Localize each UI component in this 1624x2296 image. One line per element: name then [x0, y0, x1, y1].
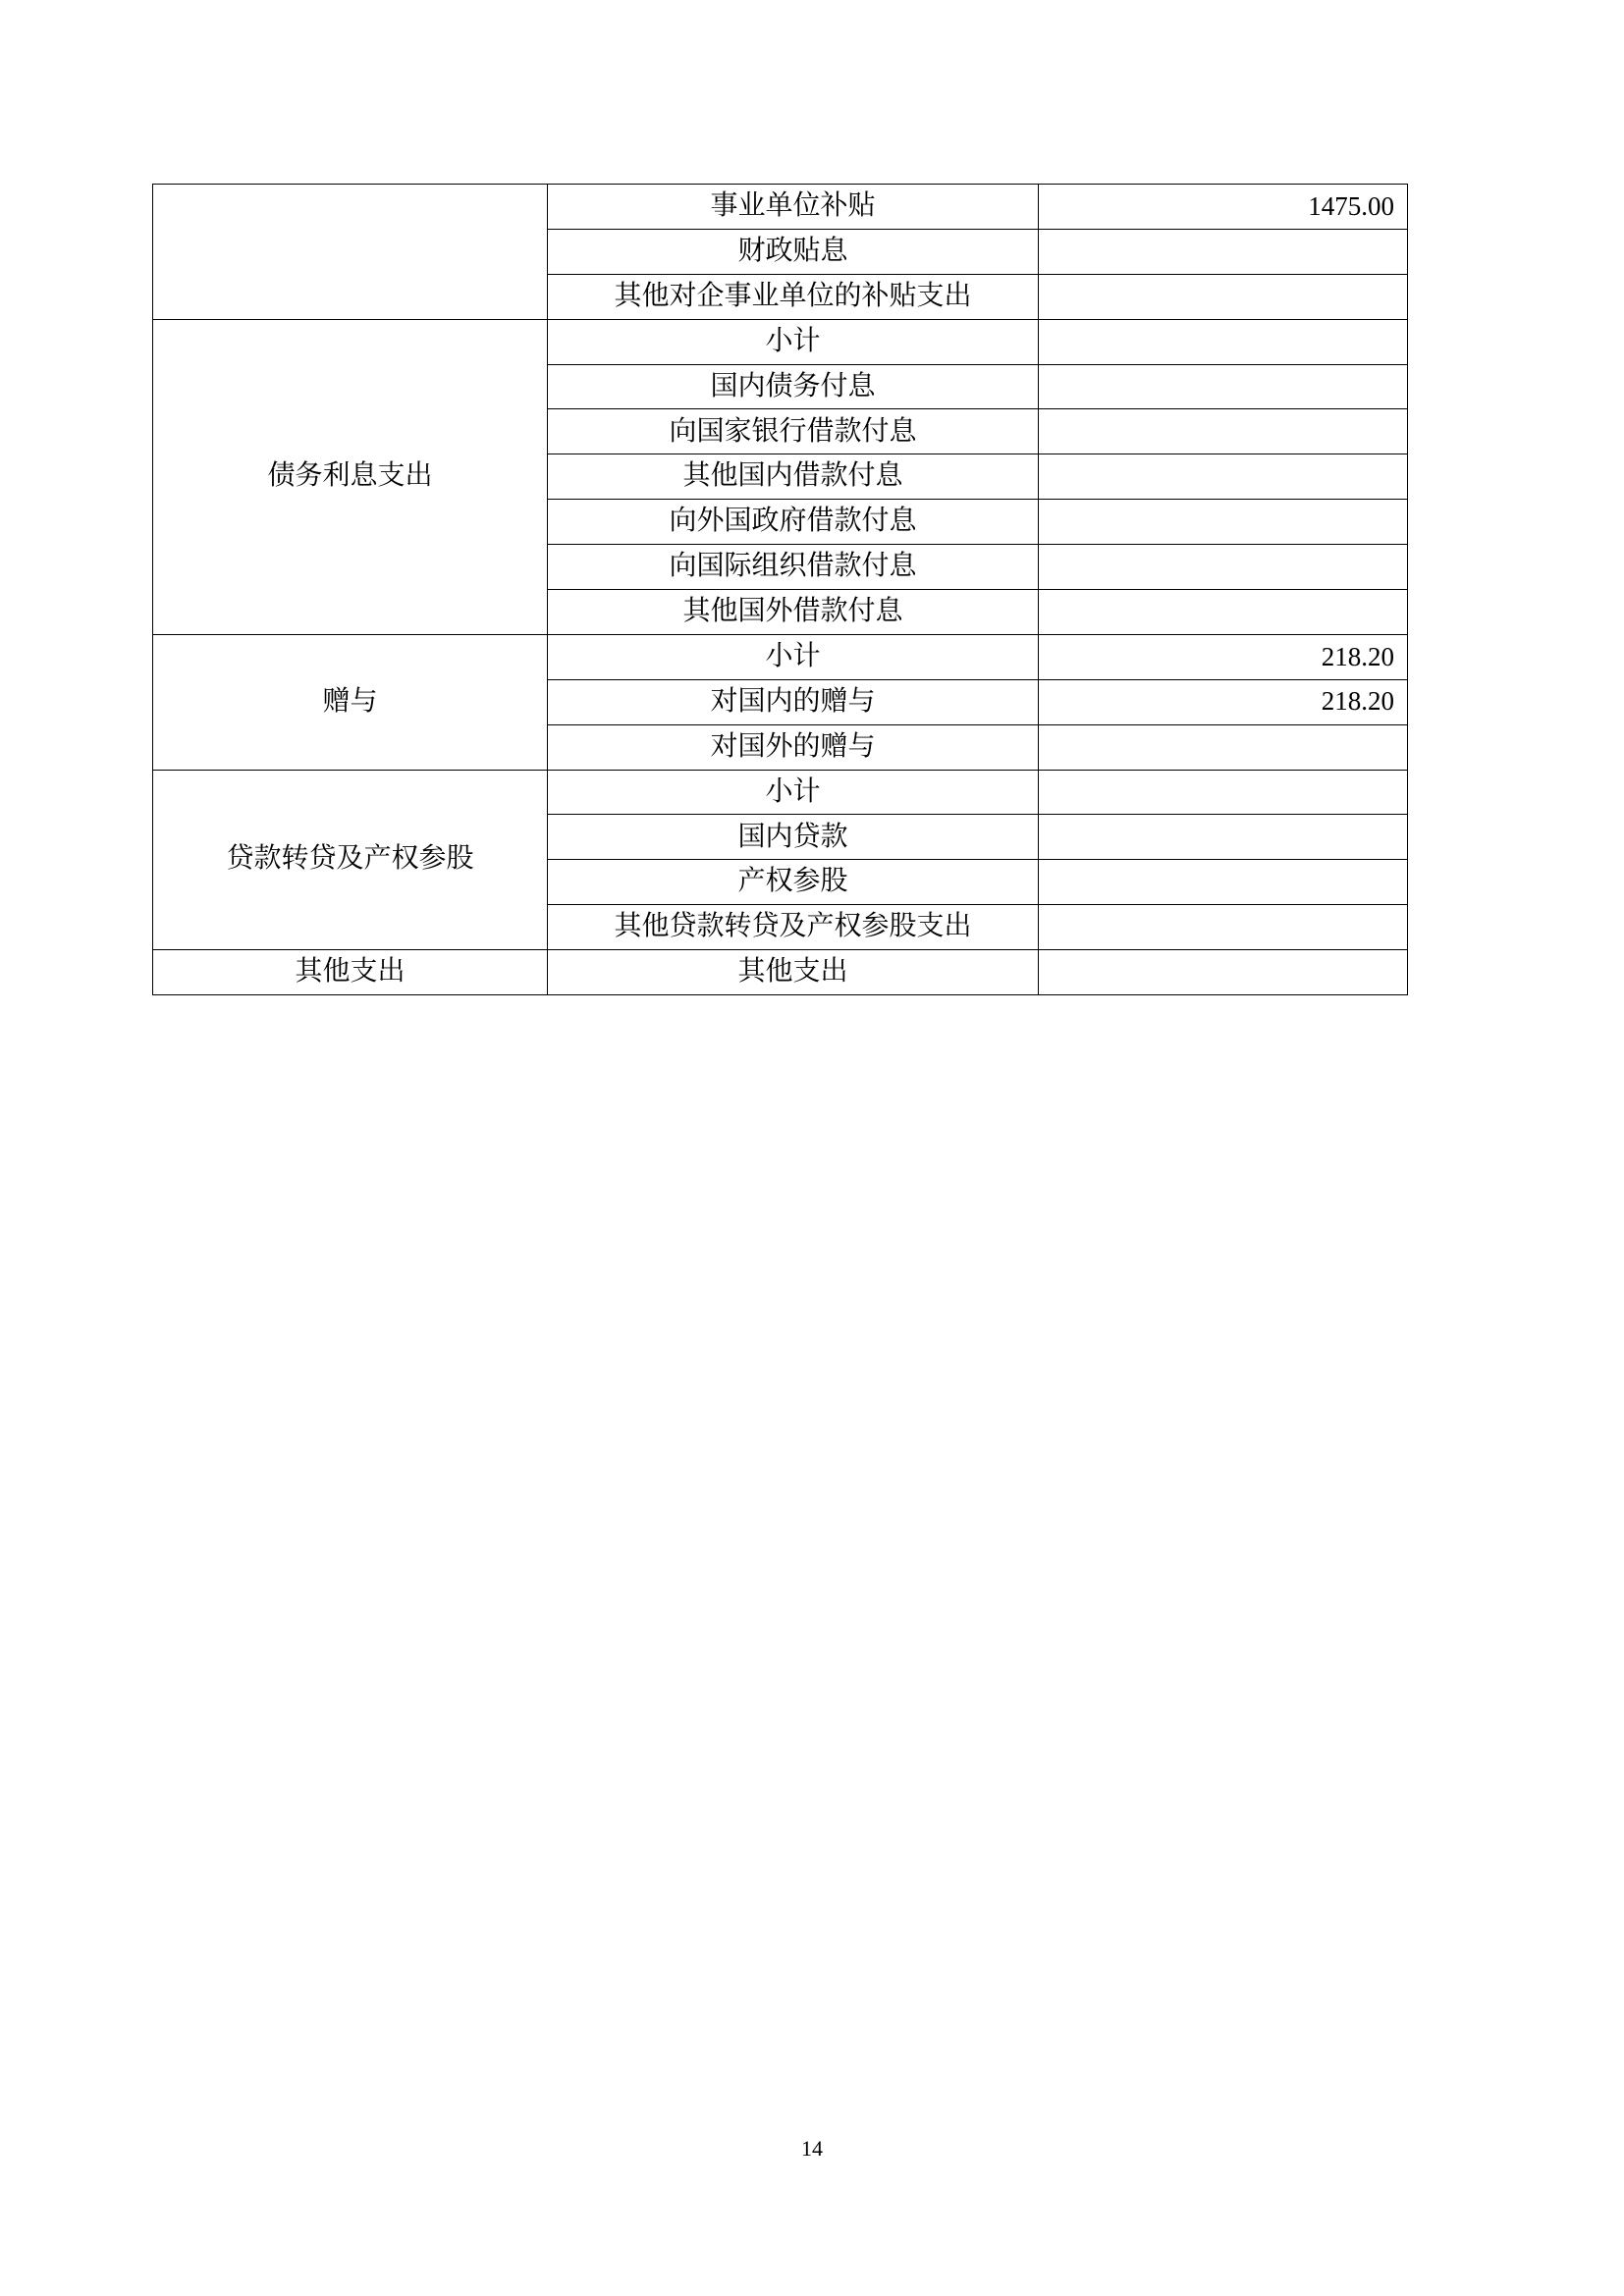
item-cell: 向外国政府借款付息 [548, 500, 1039, 545]
expenditure-table: 事业单位补贴1475.00财政贴息其他对企事业单位的补贴支出债务利息支出小计国内… [152, 184, 1408, 995]
value-cell [1039, 815, 1408, 860]
item-cell: 其他国内借款付息 [548, 454, 1039, 500]
value-cell [1039, 905, 1408, 950]
item-cell: 其他支出 [548, 950, 1039, 995]
table-row: 贷款转贷及产权参股小计 [153, 770, 1408, 815]
item-cell: 对国内的赠与 [548, 679, 1039, 724]
value-cell [1039, 500, 1408, 545]
value-cell [1039, 364, 1408, 409]
value-cell [1039, 724, 1408, 770]
item-cell: 其他贷款转贷及产权参股支出 [548, 905, 1039, 950]
expenditure-table-body: 事业单位补贴1475.00财政贴息其他对企事业单位的补贴支出债务利息支出小计国内… [153, 185, 1408, 995]
table-row: 债务利息支出小计 [153, 319, 1408, 364]
value-cell [1039, 860, 1408, 905]
item-cell: 向国家银行借款付息 [548, 409, 1039, 454]
group-label-cell [153, 185, 548, 320]
item-cell: 产权参股 [548, 860, 1039, 905]
value-cell [1039, 229, 1408, 274]
value-cell [1039, 274, 1408, 319]
item-cell: 向国际组织借款付息 [548, 545, 1039, 590]
value-cell [1039, 409, 1408, 454]
value-cell [1039, 454, 1408, 500]
item-cell: 小计 [548, 770, 1039, 815]
item-cell: 财政贴息 [548, 229, 1039, 274]
item-cell: 国内债务付息 [548, 364, 1039, 409]
value-cell [1039, 770, 1408, 815]
item-cell: 事业单位补贴 [548, 185, 1039, 230]
value-cell [1039, 950, 1408, 995]
table-row: 事业单位补贴1475.00 [153, 185, 1408, 230]
item-cell: 小计 [548, 319, 1039, 364]
value-cell: 218.20 [1039, 634, 1408, 679]
group-label-cell: 其他支出 [153, 950, 548, 995]
item-cell: 其他国外借款付息 [548, 590, 1039, 635]
item-cell: 国内贷款 [548, 815, 1039, 860]
table-row: 赠与小计218.20 [153, 634, 1408, 679]
item-cell: 小计 [548, 634, 1039, 679]
table-row: 其他支出其他支出 [153, 950, 1408, 995]
page-number: 14 [0, 2136, 1624, 2162]
group-label-cell: 赠与 [153, 634, 548, 770]
item-cell: 对国外的赠与 [548, 724, 1039, 770]
value-cell: 1475.00 [1039, 185, 1408, 230]
item-cell: 其他对企事业单位的补贴支出 [548, 274, 1039, 319]
document-page: 事业单位补贴1475.00财政贴息其他对企事业单位的补贴支出债务利息支出小计国内… [0, 0, 1624, 2296]
group-label-cell: 债务利息支出 [153, 319, 548, 634]
group-label-cell: 贷款转贷及产权参股 [153, 770, 548, 950]
value-cell [1039, 319, 1408, 364]
value-cell: 218.20 [1039, 679, 1408, 724]
value-cell [1039, 545, 1408, 590]
value-cell [1039, 590, 1408, 635]
